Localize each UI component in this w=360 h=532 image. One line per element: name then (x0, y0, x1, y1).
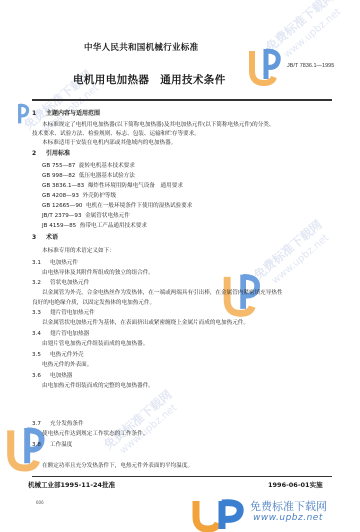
term-definition: 由电热导体及其附件所组成的独立的组合件。 (42, 269, 154, 277)
term-definition: 使电热元件达到规定工作状态的工作条件。 (42, 430, 148, 438)
section-1-para-2: 本标准适用于安装在电机内部或其他域内的电加热器。 (42, 139, 176, 147)
section-1-heading: 1主题内容与适用范围 (32, 110, 100, 118)
term-definition: 在额定功率且充分发热条件下，电热元件外表面的平均温度。 (42, 462, 193, 470)
effective-date: 1996-06-01实施 (268, 480, 323, 489)
reference-item: JB/T 2379—93 金属管状电热元件 (42, 212, 130, 220)
up-logo-icon (190, 497, 248, 532)
standard-code: JB/T 7836.1—1995 (287, 63, 334, 69)
header-divider (32, 99, 332, 101)
reference-item: GB 12665—90 电机在一般环境条件下使用的湿热试验要求 (42, 202, 192, 210)
term-definition: 以金属管状电加热元件为基体，在表面挤出或紧密缠绕上金属片而成的电加热元件。 (42, 319, 249, 327)
section-1-para-1-line-1: 本标准规定了电机用电加热器(以下简称电加热器)及其电加热元件(以下简称电热元件)… (42, 121, 274, 129)
reference-item: JB 4159—85 热带电工产品通用技术要求 (42, 222, 147, 230)
section-3-heading: 3术语 (32, 234, 58, 242)
term-heading: 3.8工作温度 (32, 441, 72, 449)
term-heading: 3.2管状电加热元件 (32, 279, 89, 287)
term-definition: 由电加热元件组装而成的完整的电加热器件。 (42, 382, 154, 390)
term-heading: 3.4翅片管电加热器 (32, 330, 89, 338)
brand-site-url: www.upbz.net (253, 513, 323, 523)
brand-site-name: 免费标准下载网 (250, 498, 327, 514)
document-page: 免费标准下载网 www.upbz.net 免费标准下载网 www.upbz.ne… (0, 0, 360, 532)
term-heading: 3.6电加热器 (32, 372, 72, 380)
term-definition: 由翅片管电加热元件组装而成的电加热器。 (42, 340, 148, 348)
industry-standard-label: 中华人民共和国机械行业标准 (84, 41, 198, 53)
term-heading: 3.7充分发热条件 (32, 420, 84, 428)
section-1-para-1-line-2: 技术要求、试验方法、检验规则、标志、包装、运输和贮存等要求。 (32, 130, 200, 138)
section-3-intro: 本标准专用的术语定义如下： (42, 247, 115, 255)
reference-item: GB 755—87 旋转电机基本技术要求 (42, 162, 135, 170)
watermark-url: www.upbz.net (270, 233, 331, 287)
document-title: 电机用电加热器 通用技术条件 (73, 72, 226, 87)
up-logo-icon (8, 100, 30, 130)
up-logo-icon (248, 45, 282, 87)
term-heading: 3.5电热元件外壳 (32, 351, 84, 359)
section-2-heading: 2引用标准 (32, 150, 70, 158)
term-heading: 3.3翅片管电加热元件 (32, 309, 95, 317)
term-definition: 电热元件的外表面。 (42, 361, 92, 369)
term-definition: 良好的电绝缘介质，以固定发热体的电加热元件。 (32, 299, 155, 307)
footer-divider (32, 476, 332, 477)
reference-item: GB 998—82 低压电器基本试验方法 (42, 172, 135, 180)
watermark-url: www.upbz.net (282, 7, 343, 61)
reference-item: GB 4208—93 外壳防护等级 (42, 192, 116, 200)
term-definition: 以金属管为外壳，合金电热丝作为发热体，在一端或两端具有引出棒，在金属管内紧密填充… (42, 289, 283, 297)
term-heading: 3.1电加热元件 (32, 259, 78, 267)
watermark-text: 免费标准下载网 (100, 386, 175, 453)
reference-item: GB 3836.1—83 爆炸性环境用防爆电气设备 通用要求 (42, 182, 183, 190)
page-number: 606 (36, 500, 44, 505)
approval-date: 机械工业部1995-11-24批准 (28, 480, 115, 489)
